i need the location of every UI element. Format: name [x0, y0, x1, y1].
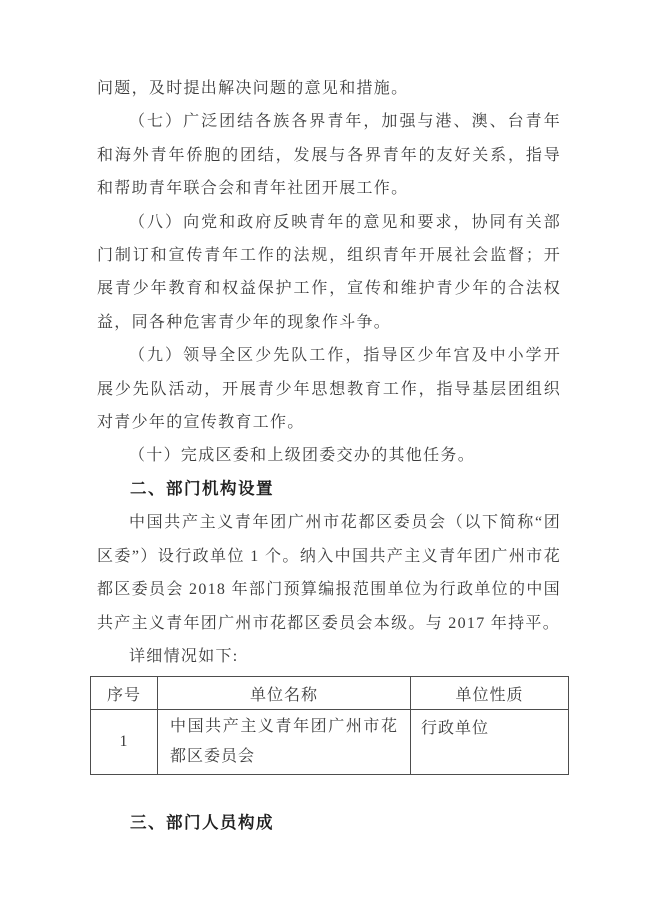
paragraph-continuation: 问题，及时提出解决问题的意见和措施。 — [97, 72, 561, 105]
paragraph-details-intro: 详细情况如下: — [97, 640, 561, 673]
unit-table-header-type: 单位性质 — [411, 677, 569, 710]
paragraph-org-setup: 中国共产主义青年团广州市花都区委员会（以下简称“团区委”）设行政单位 1 个。纳… — [97, 506, 561, 640]
unit-table: 序号 单位名称 单位性质 1 中国共产主义青年团广州市花都区委员会 行政单位 — [90, 676, 569, 775]
paragraph-duty-9: （九）领导全区少先队工作，指导区少年宫及中小学开展少先队活动，开展青少年思想教育… — [97, 339, 561, 439]
paragraph-duty-7: （七）广泛团结各族各界青年，加强与港、澳、台青年和海外青年侨胞的团结，发展与各界… — [97, 105, 561, 205]
section-heading-personnel: 三、部门人员构成 — [97, 807, 561, 840]
unit-table-cell-no: 1 — [91, 710, 158, 775]
document-body: 问题，及时提出解决问题的意见和措施。 （七）广泛团结各族各界青年，加强与港、澳、… — [97, 72, 561, 673]
section-heading-org-setup: 二、部门机构设置 — [97, 473, 561, 506]
unit-table-header-name: 单位名称 — [158, 677, 411, 710]
unit-table-cell-type: 行政单位 — [411, 710, 569, 775]
unit-table-header-no: 序号 — [91, 677, 158, 710]
unit-table-row: 1 中国共产主义青年团广州市花都区委员会 行政单位 — [91, 710, 569, 775]
unit-table-header-row: 序号 单位名称 单位性质 — [91, 677, 569, 710]
document-footer-section: 三、部门人员构成 — [97, 807, 561, 840]
document-page: 问题，及时提出解决问题的意见和措施。 （七）广泛团结各族各界青年，加强与港、澳、… — [0, 0, 650, 919]
paragraph-duty-8: （八）向党和政府反映青年的意见和要求，协同有关部门制订和宣传青年工作的法规，组织… — [97, 206, 561, 340]
paragraph-duty-10: （十）完成区委和上级团委交办的其他任务。 — [97, 439, 561, 472]
unit-table-cell-name: 中国共产主义青年团广州市花都区委员会 — [158, 710, 411, 775]
